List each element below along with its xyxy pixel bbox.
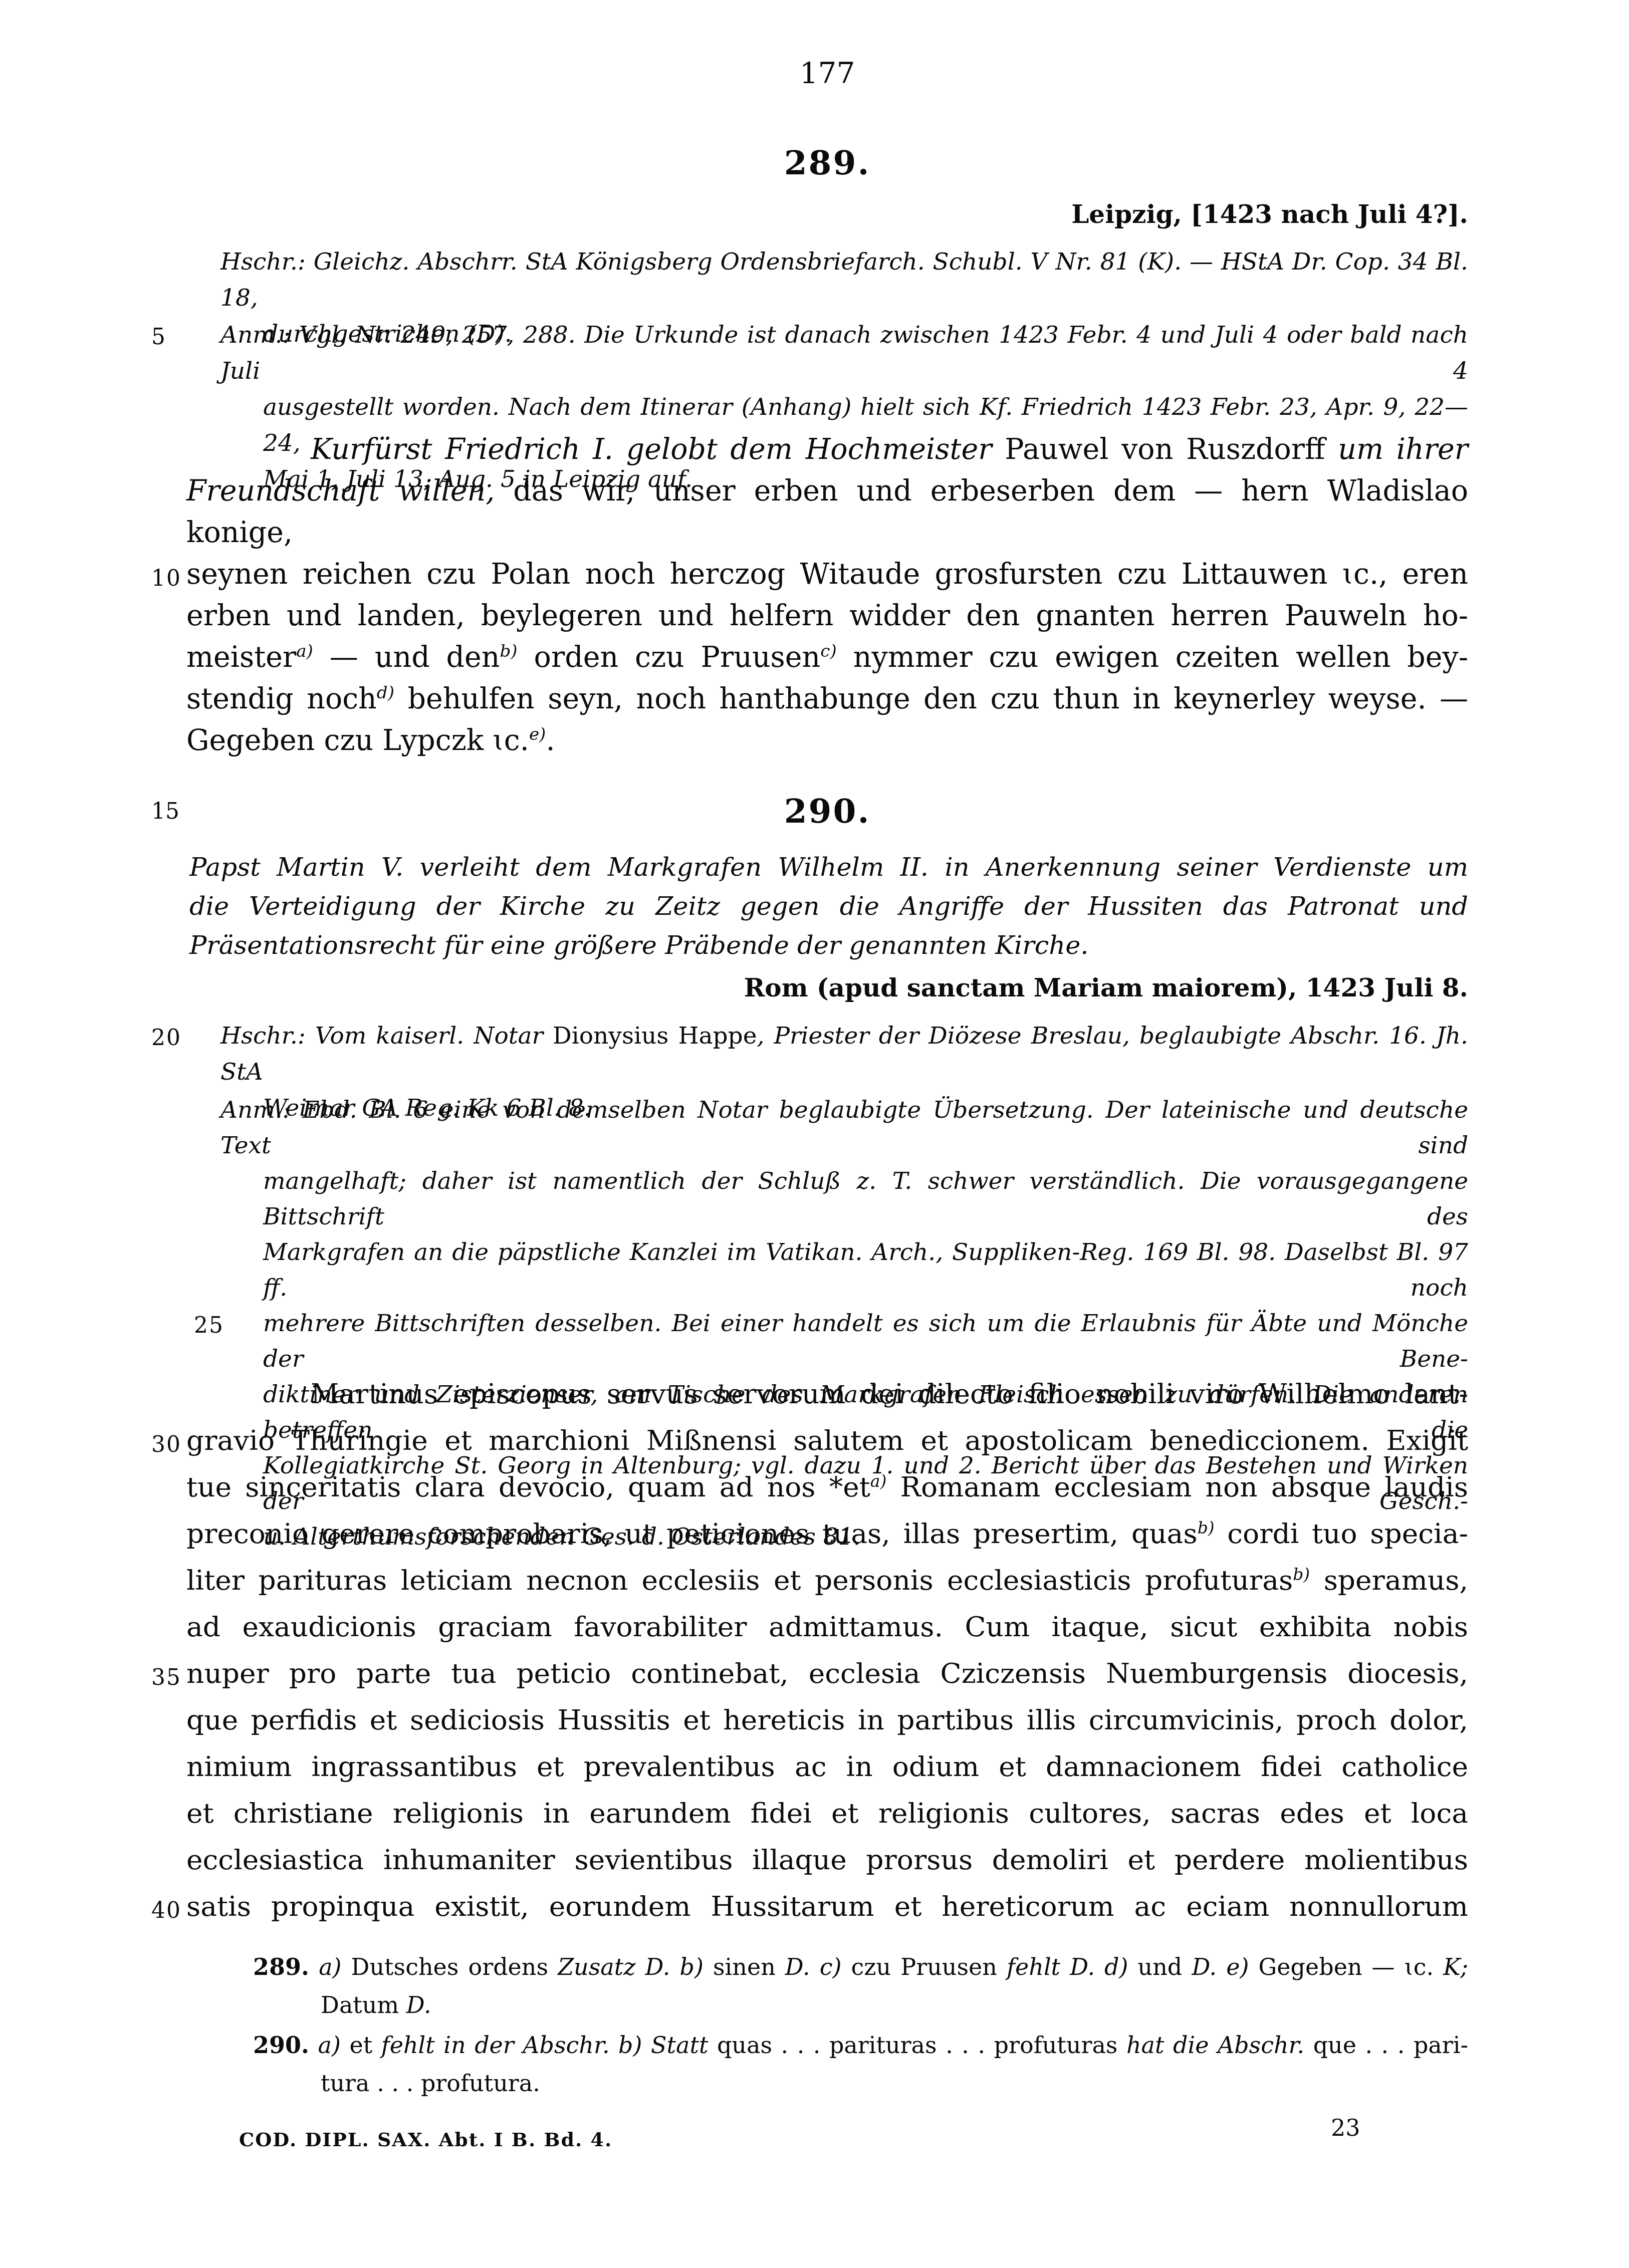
- text-line: meistera) — und denb) orden czu Pruusenc…: [186, 637, 1468, 678]
- text-line: Freundschaft willen, das wir, unser erbe…: [186, 470, 1468, 554]
- text-segment: b): [500, 641, 517, 661]
- text-segment: que . . . pari-: [1304, 2032, 1468, 2059]
- text-line: Kurfürst Friedrich I. gelobt dem Hochmei…: [186, 429, 1468, 470]
- text-segment: Statt: [642, 2032, 717, 2059]
- entry-289-dateline: Leipzig, [1423 nach Juli 4?].: [186, 199, 1468, 229]
- text-line: Gegeben czu Lypczk ɩc.e).: [186, 720, 1468, 762]
- scanned-book-page: 177 289. Leipzig, [1423 nach Juli 4?]. H…: [0, 0, 1629, 2268]
- text-segment: d): [377, 683, 394, 703]
- text-segment: d): [1104, 1953, 1128, 1980]
- text-segment: [670, 1953, 679, 1980]
- margin-line-number: 30: [151, 1421, 181, 1468]
- text-line: 20Hschr.: Vom kaiserl. Notar Dionysius H…: [220, 1018, 1468, 1090]
- page-number: 177: [186, 56, 1468, 90]
- text-segment: cordi tuo specia-: [1215, 1518, 1468, 1550]
- text-segment: Präsentationsrecht für eine größere Präb…: [189, 931, 1089, 960]
- footnote-290-block: 290. a) et fehlt in der Abschr. b) Statt…: [253, 2026, 1468, 2102]
- margin-line-number: 40: [151, 1887, 181, 1934]
- text-segment: stendig noch: [186, 682, 377, 715]
- text-line: 40satis propinqua existit, eorundem Huss…: [186, 1883, 1468, 1930]
- text-segment: b): [1198, 1518, 1215, 1538]
- text-line: 290. a) et fehlt in der Abschr. b) Statt…: [253, 2026, 1468, 2064]
- text-line: ad exaudicionis graciam favorabiliter ad…: [186, 1604, 1468, 1650]
- margin-line-number: 10: [151, 558, 181, 599]
- text-segment: que perfidis et sediciosis Hussitis et h…: [186, 1704, 1468, 1736]
- text-line: preconio gerere comprobaris, ut peticion…: [186, 1510, 1468, 1557]
- text-segment: nymmer czu ewigen czeiten wellen bey-: [837, 641, 1468, 674]
- text-segment: sinen: [704, 1953, 785, 1980]
- text-segment: et: [341, 2032, 381, 2059]
- text-segment: mehrere Bittschriften desselben. Bei ein…: [263, 1310, 1468, 1373]
- text-segment: Zusatz D.: [558, 1953, 670, 1980]
- text-segment: e): [529, 724, 546, 744]
- text-segment: Romanam ecclesiam non absque laudis: [886, 1471, 1468, 1503]
- text-line: 5Anm.: Vgl. Nr. 249, 257, 288. Die Urkun…: [220, 317, 1468, 389]
- text-segment: ecclesiastica inhumaniter sevientibus il…: [186, 1844, 1468, 1876]
- margin-line-number: 25: [194, 1308, 224, 1343]
- text-segment: satis propinqua existit, eorundem Hussit…: [186, 1890, 1468, 1922]
- text-segment: Datum: [321, 1991, 406, 2019]
- text-segment: e): [1226, 1953, 1249, 1980]
- entry-290-text-block: Martinus episcopus servus servorum dei d…: [186, 1371, 1468, 1930]
- text-segment: quas . . . parituras . . . profuturas: [717, 2032, 1126, 2059]
- text-segment: Gegeben czu Lypczk ɩc.: [186, 724, 529, 757]
- text-segment: [810, 1953, 820, 1980]
- text-segment: a): [319, 1953, 341, 1980]
- text-line: Martinus episcopus servus servorum dei d…: [186, 1371, 1468, 1417]
- text-segment: K;: [1443, 1953, 1468, 1980]
- text-line: Präsentationsrecht für eine größere Präb…: [189, 926, 1468, 965]
- footnote-289-block: 289. a) Dutsches ordens Zusatz D. b) sin…: [253, 1948, 1468, 2024]
- entry-290-dateline: Rom (apud sanctam Mariam maiorem), 1423 …: [186, 973, 1468, 1002]
- text-segment: meister: [186, 641, 296, 674]
- text-segment: Freundschaft willen,: [186, 474, 495, 508]
- text-segment: liter parituras leticiam necnon ecclesii…: [186, 1564, 1293, 1596]
- text-segment: b): [679, 1953, 703, 1980]
- text-line: ecclesiastica inhumaniter sevientibus il…: [186, 1837, 1468, 1883]
- text-segment: c): [820, 1953, 842, 1980]
- text-segment: Pauwel von Ruszdorff: [1005, 433, 1338, 466]
- text-segment: Martinus episcopus servus servorum dei d…: [311, 1378, 1468, 1410]
- text-segment: um ihrer: [1338, 433, 1468, 466]
- text-segment: 289.: [253, 1953, 309, 1980]
- text-segment: D.: [785, 1953, 810, 1980]
- text-segment: preconio gerere comprobaris, ut peticion…: [186, 1518, 1198, 1550]
- text-segment: Papst Martin V. verleiht dem Markgrafen …: [189, 853, 1468, 882]
- text-segment: tue sinceritatis clara devocio, quam ad …: [186, 1471, 870, 1503]
- text-segment: a): [318, 2032, 341, 2059]
- text-line: Datum D.: [321, 1986, 1468, 2024]
- text-segment: fehlt D.: [1007, 1953, 1095, 1980]
- text-segment: b): [618, 2032, 642, 2059]
- text-segment: Hschr.: Gleichz. Abschrr. StA Königsberg…: [220, 248, 1468, 312]
- text-segment: behulfen seyn, noch hanthabunge den czu …: [394, 682, 1468, 715]
- text-segment: et christiane religionis in earundem fid…: [186, 1797, 1468, 1829]
- text-line: stendig nochd) behulfen seyn, noch hanth…: [186, 678, 1468, 720]
- margin-line-number: 20: [151, 1020, 181, 1056]
- text-line: 35nuper pro parte tua peticio continebat…: [186, 1650, 1468, 1697]
- text-segment: ad exaudicionis graciam favorabiliter ad…: [186, 1611, 1468, 1643]
- text-segment: nuper pro parte tua peticio continebat, …: [186, 1657, 1468, 1689]
- text-segment: speramus,: [1310, 1564, 1468, 1596]
- text-segment: Gegeben — ɩc.: [1249, 1953, 1444, 1980]
- text-segment: gravio Thuringie et marchioni Mißnensi s…: [186, 1424, 1468, 1456]
- text-segment: [309, 1953, 319, 1980]
- text-line: et christiane religionis in earundem fid…: [186, 1790, 1468, 1837]
- text-segment: a): [870, 1471, 887, 1491]
- text-segment: orden czu Pruusen: [518, 641, 821, 674]
- text-line: Markgrafen an die päpstliche Kanzlei im …: [263, 1234, 1468, 1306]
- text-segment: D.: [1192, 1953, 1217, 1980]
- text-line: 25mehrere Bittschriften desselben. Bei e…: [263, 1306, 1468, 1377]
- text-segment: nimium ingrassantibus et prevalentibus a…: [186, 1750, 1468, 1783]
- text-line: erben und landen, beylegeren und helfern…: [186, 595, 1468, 637]
- text-segment: 290.: [253, 2032, 309, 2059]
- text-segment: c): [820, 641, 837, 661]
- text-segment: Dionysius Happe: [553, 1022, 757, 1050]
- margin-line-number: 15: [151, 799, 179, 824]
- text-segment: Anm.: Ebd. Bl. 6 eine von demselben Nota…: [220, 1096, 1468, 1159]
- text-segment: tura . . . profutura.: [321, 2070, 540, 2097]
- text-line: tura . . . profutura.: [321, 2064, 1468, 2102]
- entry-290-summary-block: Papst Martin V. verleiht dem Markgrafen …: [189, 848, 1468, 965]
- text-segment: b): [1293, 1565, 1310, 1584]
- footer-volume-label: COD. DIPL. SAX. Abt. I B. Bd. 4.: [239, 2128, 612, 2151]
- text-line: tue sinceritatis clara devocio, quam ad …: [186, 1464, 1468, 1510]
- entry-289-text-block: Kurfürst Friedrich I. gelobt dem Hochmei…: [186, 429, 1468, 762]
- text-segment: und: [1128, 1953, 1192, 1980]
- text-segment: czu Pruusen: [842, 1953, 1007, 1980]
- text-segment: Markgrafen an die päpstliche Kanzlei im …: [263, 1238, 1468, 1302]
- margin-line-number: 5: [151, 319, 166, 355]
- text-line: 10seynen reichen czu Polan noch herczog …: [186, 554, 1468, 595]
- text-segment: [1095, 1953, 1104, 1980]
- text-segment: Dutsches ordens: [342, 1953, 558, 1980]
- text-line: Papst Martin V. verleiht dem Markgrafen …: [189, 848, 1468, 887]
- text-line: liter parituras leticiam necnon ecclesii…: [186, 1557, 1468, 1604]
- text-segment: [309, 2032, 318, 2059]
- text-segment: die Verteidigung der Kirche zu Zeitz geg…: [189, 892, 1468, 921]
- margin-line-number: 35: [151, 1654, 181, 1701]
- entry-290-heading: 15 290.: [186, 792, 1468, 831]
- text-segment: erben und landen, beylegeren und helfern…: [186, 599, 1468, 632]
- text-line: 289. a) Dutsches ordens Zusatz D. b) sin…: [253, 1948, 1468, 1986]
- entry-290-number: 290.: [784, 792, 871, 831]
- text-line: Anm.: Ebd. Bl. 6 eine von demselben Nota…: [220, 1092, 1468, 1163]
- text-segment: [1217, 1953, 1226, 1980]
- text-segment: a): [296, 641, 313, 661]
- text-line: die Verteidigung der Kirche zu Zeitz geg…: [189, 887, 1468, 926]
- text-line: 30gravio Thuringie et marchioni Mißnensi…: [186, 1417, 1468, 1464]
- text-segment: Kurfürst Friedrich I. gelobt dem Hochmei…: [311, 433, 1005, 466]
- text-segment: mangelhaft; daher ist namentlich der Sch…: [263, 1167, 1468, 1230]
- text-line: que perfidis et sediciosis Hussitis et h…: [186, 1697, 1468, 1743]
- text-segment: [610, 2032, 619, 2059]
- text-line: nimium ingrassantibus et prevalentibus a…: [186, 1743, 1468, 1790]
- entry-289-number: 289.: [186, 143, 1468, 182]
- text-line: mangelhaft; daher ist namentlich der Sch…: [263, 1163, 1468, 1234]
- footer-sheet-number: 23: [1331, 2114, 1360, 2141]
- text-segment: Anm.: Vgl. Nr. 249, 257, 288. Die Urkund…: [220, 321, 1468, 385]
- text-line: Hschr.: Gleichz. Abschrr. StA Königsberg…: [220, 244, 1468, 316]
- text-segment: — und den: [313, 641, 500, 674]
- text-segment: seynen reichen czu Polan noch herczog Wi…: [186, 558, 1468, 591]
- text-segment: .: [546, 724, 555, 757]
- text-segment: D.: [406, 1991, 431, 2019]
- text-segment: hat die Abschr.: [1126, 2032, 1304, 2059]
- text-segment: fehlt in der Abschr.: [381, 2032, 610, 2059]
- text-segment: Hschr.: Vom kaiserl. Notar: [220, 1022, 553, 1050]
